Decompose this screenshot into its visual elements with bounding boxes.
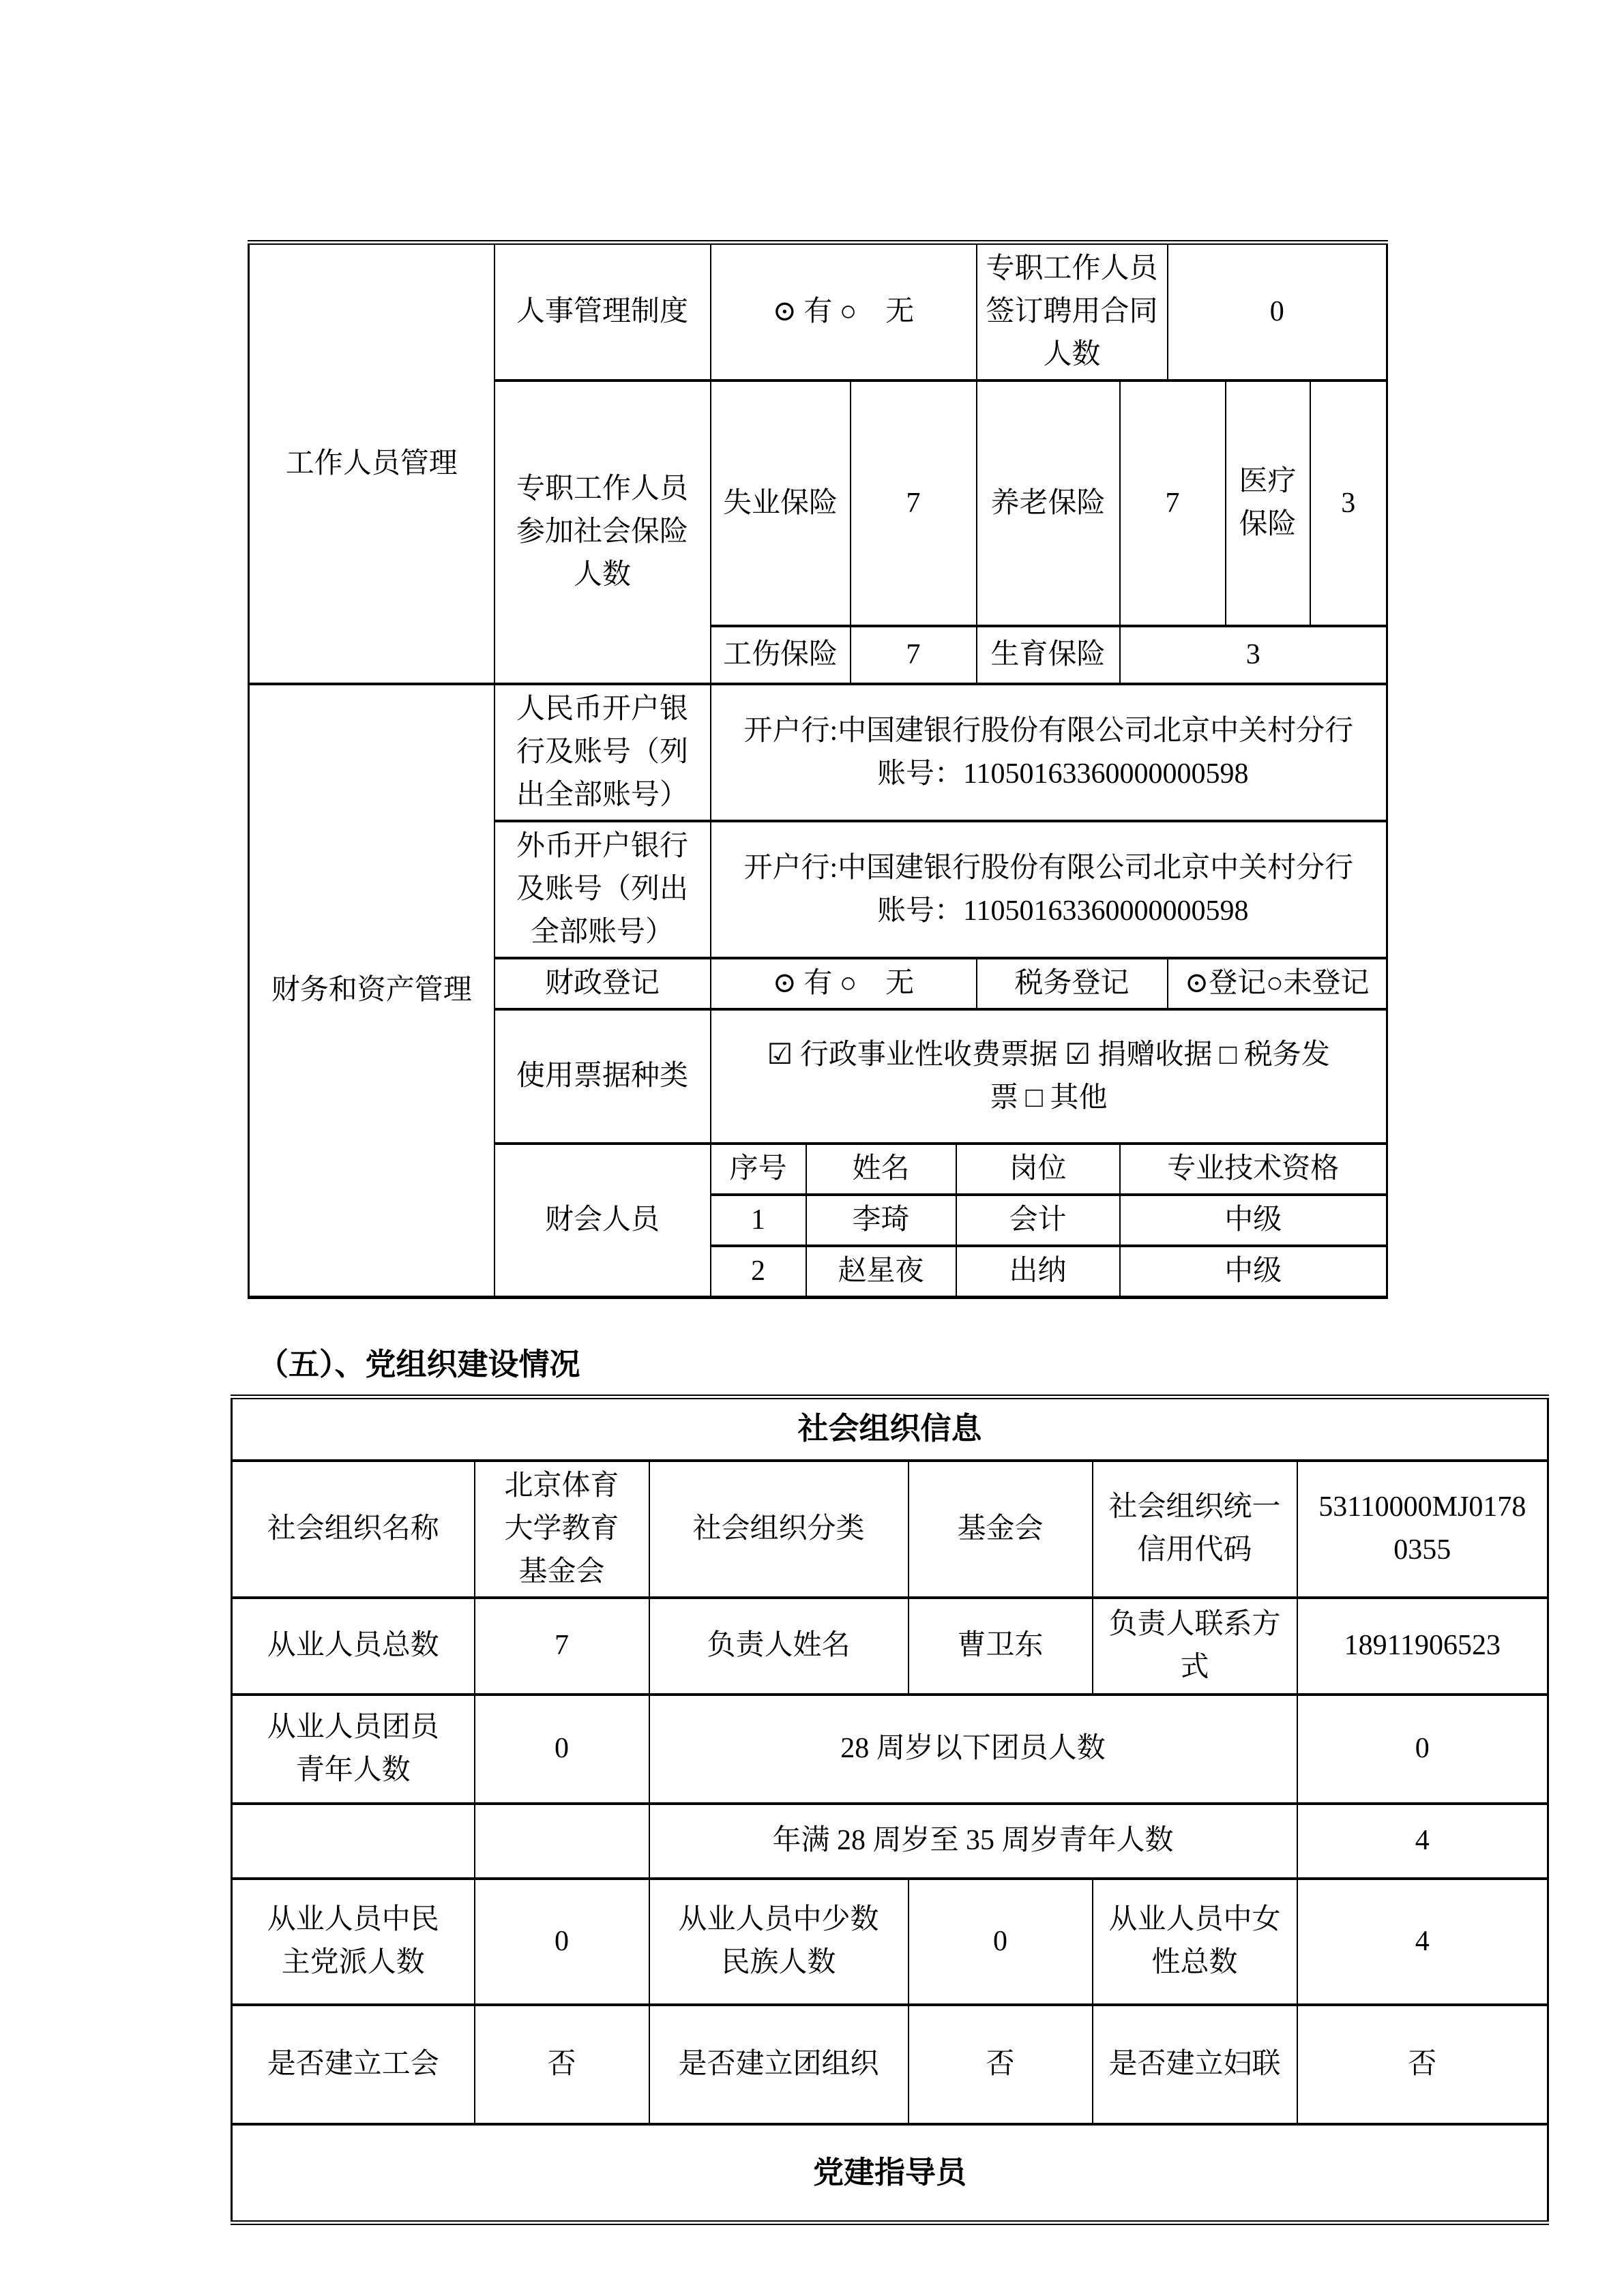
under28-league-value: 0 <box>1297 1695 1548 1804</box>
social-org-info-table: 社会组织信息 社会组织名称 北京体育 大学教育 基金会 社会组织分类 基金会 社… <box>231 1395 1549 2225</box>
has-womens-fed-value: 否 <box>1297 2005 1548 2124</box>
has-union-label: 是否建立工会 <box>232 2005 475 2124</box>
leader-contact-value: 18911906523 <box>1297 1598 1548 1695</box>
minority-label: 从业人员中少数 民族人数 <box>649 1879 909 2005</box>
accountant-position: 出纳 <box>956 1246 1120 1298</box>
accountants-col-header-qualification: 专业技术资格 <box>1120 1144 1387 1195</box>
accountant-index: 2 <box>711 1246 806 1298</box>
female-total-label: 从业人员中女 性总数 <box>1093 1879 1297 2005</box>
has-womens-fed-label: 是否建立妇联 <box>1093 2005 1297 2124</box>
social-insurance-label: 专职工作人员 参加社会保险 人数 <box>494 381 711 684</box>
accountant-qualification: 中级 <box>1120 1246 1387 1298</box>
maternity-insurance-value: 3 <box>1120 626 1387 684</box>
accountant-qualification: 中级 <box>1120 1195 1387 1246</box>
has-youth-org-label: 是否建立团组织 <box>649 2005 909 2124</box>
credit-code-label: 社会组织统一 信用代码 <box>1093 1461 1297 1598</box>
accountants-label: 财会人员 <box>494 1144 711 1298</box>
rmb-bank-value: 开户行:中国建银行股份有限公司北京中关村分行 账号：11050163360000… <box>711 684 1387 821</box>
age28-35-label: 年满 28 周岁至 35 周岁青年人数 <box>649 1804 1297 1879</box>
fiscal-registration-label: 财政登记 <box>494 958 711 1009</box>
age28-35-value: 4 <box>1297 1804 1548 1879</box>
has-union-value: 否 <box>475 2005 649 2124</box>
rmb-bank-label: 人民币开户银 行及账号（列 出全部账号） <box>494 684 711 821</box>
under28-league-label: 28 周岁以下团员人数 <box>649 1695 1297 1804</box>
league-youth-label: 从业人员团员 青年人数 <box>232 1695 475 1804</box>
org-type-value: 基金会 <box>909 1461 1093 1598</box>
org-info-table-header: 社会组织信息 <box>232 1397 1548 1461</box>
tax-registration-label: 税务登记 <box>977 958 1168 1009</box>
league-youth-value: 0 <box>475 1695 649 1804</box>
contract-count-label: 专职工作人员 签订聘用合同 人数 <box>977 243 1168 381</box>
employees-total-label: 从业人员总数 <box>232 1598 475 1695</box>
injury-insurance-value: 7 <box>851 626 977 684</box>
fiscal-registration-radio-group: ⊙ 有 ○ 无 <box>711 958 977 1009</box>
leader-contact-label: 负责人联系方 式 <box>1093 1598 1297 1695</box>
accountants-col-header-name: 姓名 <box>806 1144 956 1195</box>
finance-management-section-label: 财务和资产管理 <box>249 684 494 1298</box>
staff-management-section-label: 工作人员管理 <box>249 243 494 685</box>
org-type-label: 社会组织分类 <box>649 1461 909 1598</box>
unemployment-insurance-value: 7 <box>851 381 977 626</box>
leader-name-label: 负责人姓名 <box>649 1598 909 1695</box>
staff-and-finance-table: 工作人员管理 人事管理制度 ⊙ 有 ○ 无 专职工作人员 签订聘用合同 人数 0… <box>248 240 1388 1299</box>
accountant-position: 会计 <box>956 1195 1120 1246</box>
personnel-system-label: 人事管理制度 <box>494 243 711 381</box>
org-name-value: 北京体育 大学教育 基金会 <box>475 1461 649 1598</box>
democratic-party-label: 从业人员中民 主党派人数 <box>232 1879 475 2005</box>
foreign-bank-label: 外币开户银行 及账号（列出 全部账号） <box>494 821 711 958</box>
unemployment-insurance-label: 失业保险 <box>711 381 851 626</box>
org-name-label: 社会组织名称 <box>232 1461 475 1598</box>
contract-count-value: 0 <box>1168 243 1387 381</box>
injury-insurance-label: 工伤保险 <box>711 626 851 684</box>
accountants-col-header-position: 岗位 <box>956 1144 1120 1195</box>
credit-code-value: 53110000MJ0178 0355 <box>1297 1461 1548 1598</box>
employees-total-value: 7 <box>475 1598 649 1695</box>
accountants-col-header-index: 序号 <box>711 1144 806 1195</box>
medical-insurance-value: 3 <box>1310 381 1387 626</box>
document-page: { "page": { "background_color": "#ffffff… <box>0 0 1624 2296</box>
tax-registration-radio-group: ⊙登记○未登记 <box>1168 958 1387 1009</box>
section-title: （五）、党组织建设情况 <box>258 1342 580 1388</box>
maternity-insurance-label: 生育保险 <box>977 626 1120 684</box>
accountant-name: 李琦 <box>806 1195 956 1246</box>
female-total-value: 4 <box>1297 1879 1548 2005</box>
personnel-system-radio-group: ⊙ 有 ○ 无 <box>711 243 977 381</box>
accountant-index: 1 <box>711 1195 806 1246</box>
accountant-name: 赵星夜 <box>806 1246 956 1298</box>
party-advisor-header: 党建指导员 <box>232 2124 1548 2223</box>
democratic-party-value: 0 <box>475 1879 649 2005</box>
foreign-bank-value: 开户行:中国建银行股份有限公司北京中关村分行 账号：11050163360000… <box>711 821 1387 958</box>
empty-cell <box>232 1804 475 1879</box>
invoice-types-label: 使用票据种类 <box>494 1009 711 1144</box>
has-youth-org-value: 否 <box>909 2005 1093 2124</box>
invoice-types-checkbox-group: ☑ 行政事业性收费票据 ☑ 捐赠收据 □ 税务发 票 □ 其他 <box>711 1009 1387 1144</box>
pension-insurance-label: 养老保险 <box>977 381 1120 626</box>
minority-value: 0 <box>909 1879 1093 2005</box>
empty-cell <box>475 1804 649 1879</box>
medical-insurance-label: 医疗 保险 <box>1226 381 1310 626</box>
leader-name-value: 曹卫东 <box>909 1598 1093 1695</box>
pension-insurance-value: 7 <box>1120 381 1226 626</box>
